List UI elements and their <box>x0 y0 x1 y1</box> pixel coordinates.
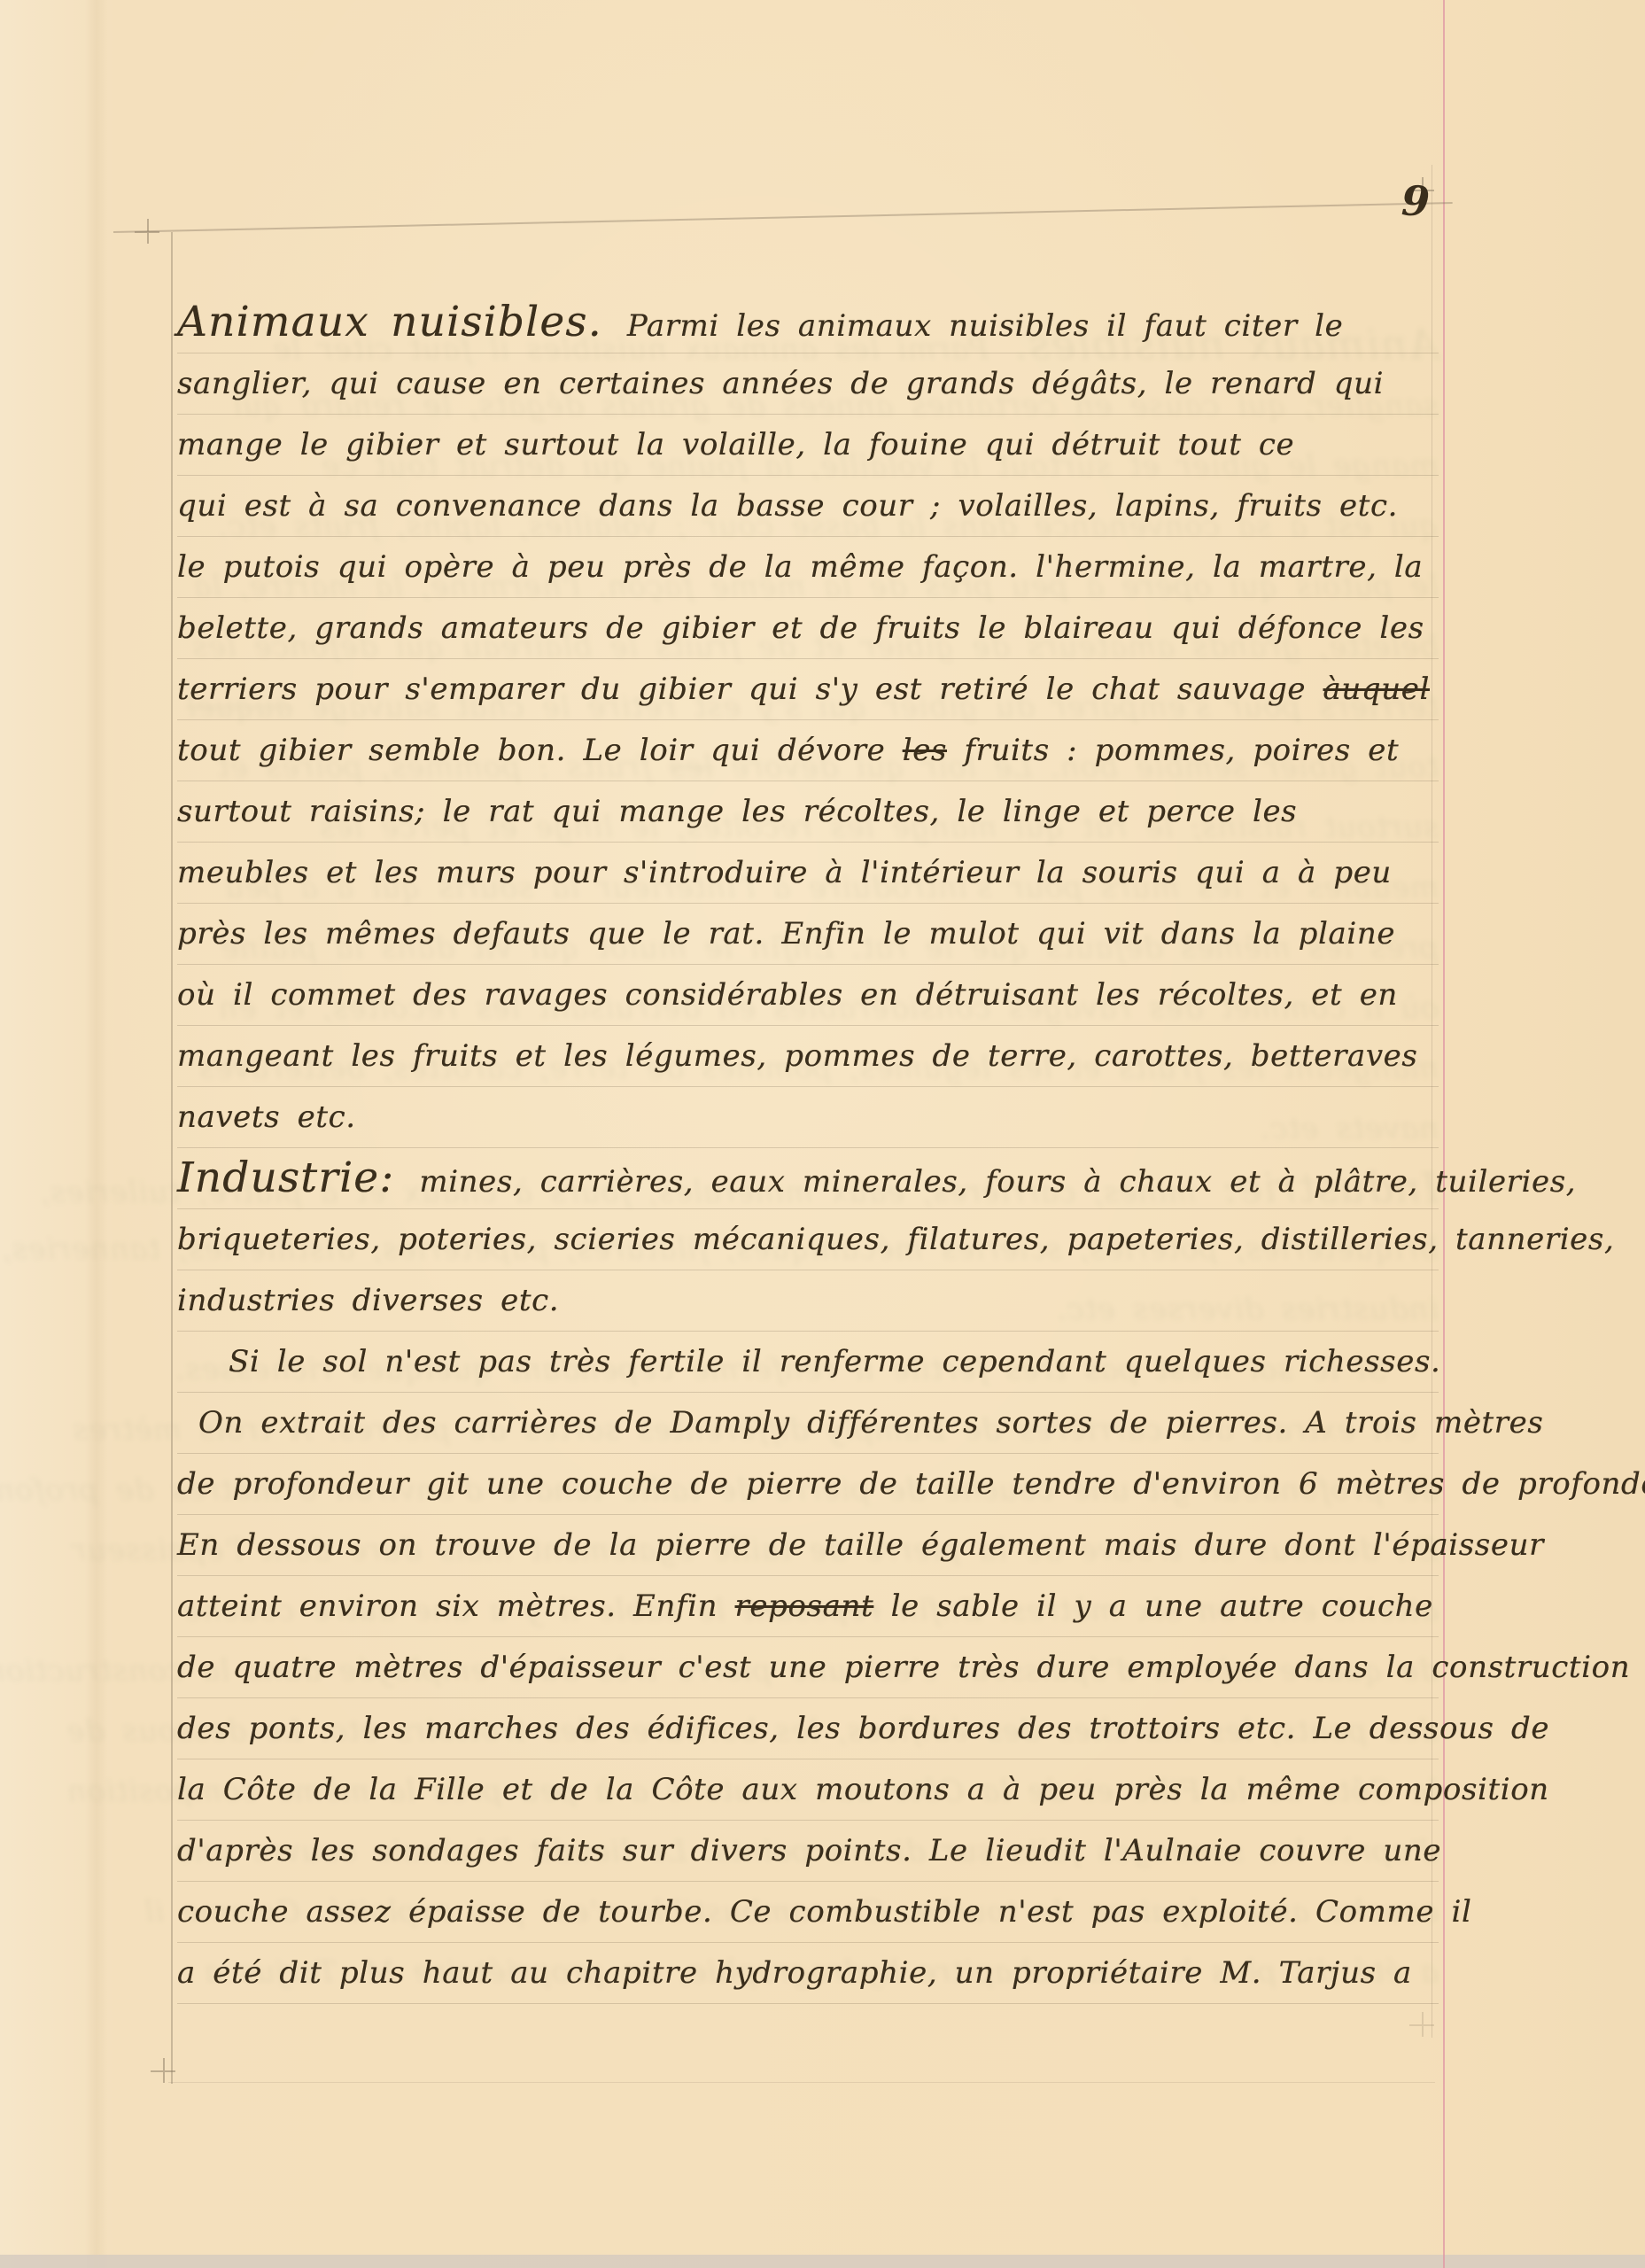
handwritten-text: En dessous on trouve de la pierre de tai… <box>177 1527 1544 1563</box>
manuscript-line: industries diverses etc. <box>177 1270 1439 1332</box>
handwritten-text: a été dit plus haut au chapitre hydrogra… <box>177 1955 1412 1991</box>
handwritten-text: mines, carrières, eaux minerales, fours … <box>419 1164 1576 1200</box>
handwritten-text: briqueteries, poteries, scieries mécaniq… <box>177 1222 1614 1257</box>
scan-bottom-edge <box>0 2255 1645 2268</box>
pencil-frame-left-line <box>171 232 173 2084</box>
handwritten-text: des ponts, les marches des édifices, les… <box>177 1711 1549 1746</box>
manuscript-line: la Côte de la Fille et de la Côte aux mo… <box>177 1759 1439 1821</box>
handwritten-text: mange le gibier et surtout la volaille, … <box>177 427 1294 462</box>
manuscript-line: qui est à sa convenance dans la basse co… <box>177 476 1439 537</box>
manuscript-line: On extrait des carrières de Damply diffé… <box>177 1393 1439 1454</box>
handwritten-text: la Côte de la Fille et de la Côte aux mo… <box>177 1772 1549 1807</box>
text-lines: Animaux nuisibles.Parmi les animaux nuis… <box>177 292 1439 2004</box>
manuscript-line: navets etc. <box>177 1087 1439 1148</box>
manuscript-line: Industrie:mines, carrières, eaux mineral… <box>177 1148 1439 1209</box>
handwritten-text: le putois qui opère à peu près de la mêm… <box>177 549 1423 585</box>
handwritten-text: d'après les sondages faits sur divers po… <box>177 1833 1441 1868</box>
section-heading: Animaux nuisibles. <box>177 298 602 346</box>
manuscript-line: couche assez épaisse de tourbe. Ce combu… <box>177 1882 1439 1943</box>
manuscript-line: terriers pour s'emparer du gibier qui s'… <box>177 659 1439 720</box>
section-heading: Industrie: <box>177 1153 394 1202</box>
manuscript-line: tout gibier semble bon. Le loir qui dévo… <box>177 720 1439 781</box>
manuscript-line: surtout raisins; le rat qui mange les ré… <box>177 781 1439 843</box>
struck-word: reposant <box>735 1588 874 1624</box>
manuscript-line: En dessous on trouve de la pierre de tai… <box>177 1515 1439 1576</box>
manuscript-line: briqueteries, poteries, scieries mécaniq… <box>177 1209 1439 1270</box>
manuscript-line: des ponts, les marches des édifices, les… <box>177 1698 1439 1759</box>
manuscript-line: de profondeur git une couche de pierre d… <box>177 1454 1439 1515</box>
struck-word: àuquel <box>1323 672 1430 707</box>
handwritten-text: atteint environ six mètres. Enfin <box>177 1588 735 1624</box>
handwritten-text: industries diverses etc. <box>177 1283 559 1318</box>
handwritten-text: belette, grands amateurs de gibier et de… <box>177 610 1424 646</box>
manuscript-line: Animaux nuisibles.Parmi les animaux nuis… <box>177 292 1439 353</box>
manuscript-line: de quatre mètres d'épaisseur c'est une p… <box>177 1637 1439 1698</box>
page-left-edge-shading <box>85 0 108 2268</box>
handwritten-text: terriers pour s'emparer du gibier qui s'… <box>177 672 1323 707</box>
handwritten-text: qui est à sa convenance dans la basse co… <box>177 488 1398 524</box>
manuscript-line: le putois qui opère à peu près de la mêm… <box>177 537 1439 598</box>
page-number: 9 <box>1401 176 1431 225</box>
handwritten-text: Parmi les animaux nuisibles il faut cite… <box>627 308 1343 344</box>
handwritten-text: le sable il y a une autre couche <box>873 1588 1433 1624</box>
manuscript-line: atteint environ six mètres. Enfin reposa… <box>177 1576 1439 1637</box>
handwritten-text: mangeant les fruits et les légumes, pomm… <box>177 1038 1417 1074</box>
manuscript-page: Animaux nuisibles.Parmi les animaux nuis… <box>0 0 1645 2268</box>
manuscript-line: meubles et les murs pour s'introduire à … <box>177 843 1439 904</box>
handwritten-text: près les mêmes defauts que le rat. Enfin… <box>177 916 1395 951</box>
handwritten-text: de quatre mètres d'épaisseur c'est une p… <box>177 1650 1630 1685</box>
pencil-frame-top-line <box>113 202 1453 233</box>
handwritten-text: meubles et les murs pour s'introduire à … <box>177 855 1392 890</box>
manuscript-line: sanglier, qui cause en certaines années … <box>177 353 1439 415</box>
manuscript-line: mangeant les fruits et les légumes, pomm… <box>177 1026 1439 1087</box>
manuscript-line: Si le sol n'est pas très fertile il renf… <box>177 1332 1439 1393</box>
handwritten-text: couche assez épaisse de tourbe. Ce combu… <box>177 1894 1471 1930</box>
corner-cross-bottom-left <box>151 2058 175 2083</box>
manuscript-line: près les mêmes defauts que le rat. Enfin… <box>177 904 1439 965</box>
struck-word: les <box>903 733 947 768</box>
corner-cross-top-left <box>135 219 159 244</box>
handwritten-text: de profondeur git une couche de pierre d… <box>177 1466 1645 1502</box>
handwritten-text: On extrait des carrières de Damply diffé… <box>198 1405 1543 1441</box>
pencil-frame-bottom-line <box>168 2082 1435 2083</box>
manuscript-line: mange le gibier et surtout la volaille, … <box>177 415 1439 476</box>
handwritten-text: navets etc. <box>177 1099 356 1135</box>
manuscript-line: belette, grands amateurs de gibier et de… <box>177 598 1439 659</box>
manuscript-line: d'après les sondages faits sur divers po… <box>177 1821 1439 1882</box>
handwritten-text: fruits : pommes, poires et <box>947 733 1399 768</box>
handwritten-text: Si le sol n'est pas très fertile il renf… <box>229 1344 1440 1379</box>
handwritten-text: surtout raisins; le rat qui mange les ré… <box>177 794 1297 829</box>
handwritten-text: où il commet des ravages considérables e… <box>177 977 1398 1013</box>
handwritten-text: tout gibier semble bon. Le loir qui dévo… <box>177 733 903 768</box>
corner-cross-bottom-right <box>1409 2012 1434 2037</box>
manuscript-line: où il commet des ravages considérables e… <box>177 965 1439 1026</box>
handwritten-text: sanglier, qui cause en certaines années … <box>177 366 1384 401</box>
manuscript-line: a été dit plus haut au chapitre hydrogra… <box>177 1943 1439 2004</box>
